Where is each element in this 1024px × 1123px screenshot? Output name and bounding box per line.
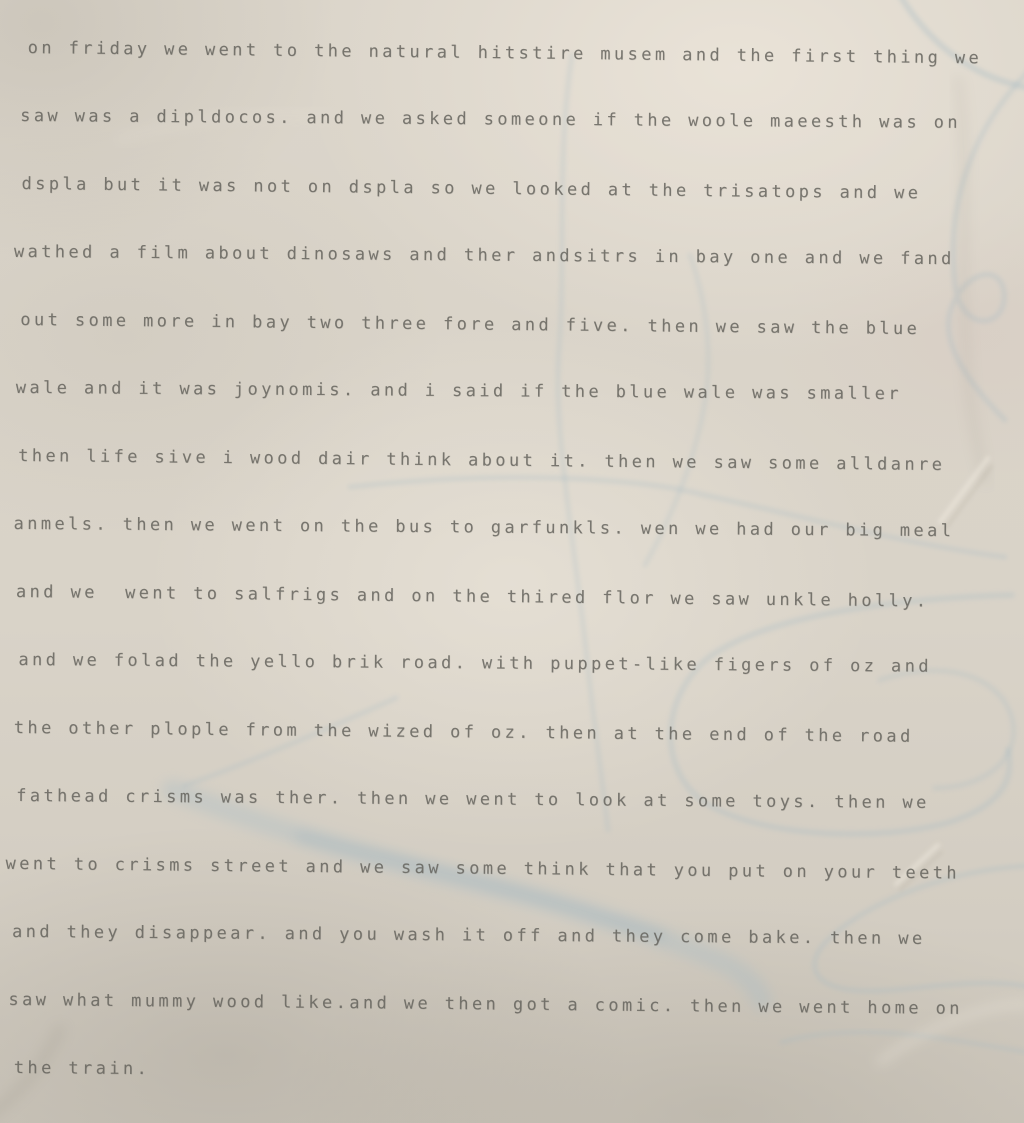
text-line: anmels. then we went on the bus to garfu… (13, 490, 1007, 566)
text-line: then life sive i wood dair think about i… (18, 422, 1009, 500)
text-line: and they disappear. and you wash it off … (12, 898, 1004, 974)
text-line: the train. (14, 1034, 1004, 1111)
text-line: wale and it was joynomis. and i said if … (15, 354, 1008, 429)
text-line: out some more in bay two three fore and … (20, 286, 1010, 364)
text-line: saw was a dipldocos. and we asked someon… (20, 82, 1011, 157)
text-line: went to crisms street and we saw some th… (5, 830, 1005, 908)
text-line: and we folad the yello brik road. with p… (18, 626, 1006, 701)
text-line: dspla but it was not on dspla so we look… (21, 150, 1011, 228)
text-line: on friday we went to the natural hitstir… (27, 14, 1012, 93)
paper-page: on friday we went to the natural hitstir… (0, 0, 1024, 1123)
text-line: saw what mummy wood like.and we then got… (8, 966, 1004, 1043)
text-line: and we went to salfrigs and on the thire… (16, 558, 1008, 636)
text-line: wathed a film about dinosaws and ther an… (14, 218, 1010, 294)
text-line: fathead crisms was ther. then we went to… (16, 762, 1005, 838)
typewritten-text: on friday we went to the natural hitstir… (13, 14, 1012, 1111)
text-line: the other plople from the wized of oz. t… (13, 694, 1006, 772)
